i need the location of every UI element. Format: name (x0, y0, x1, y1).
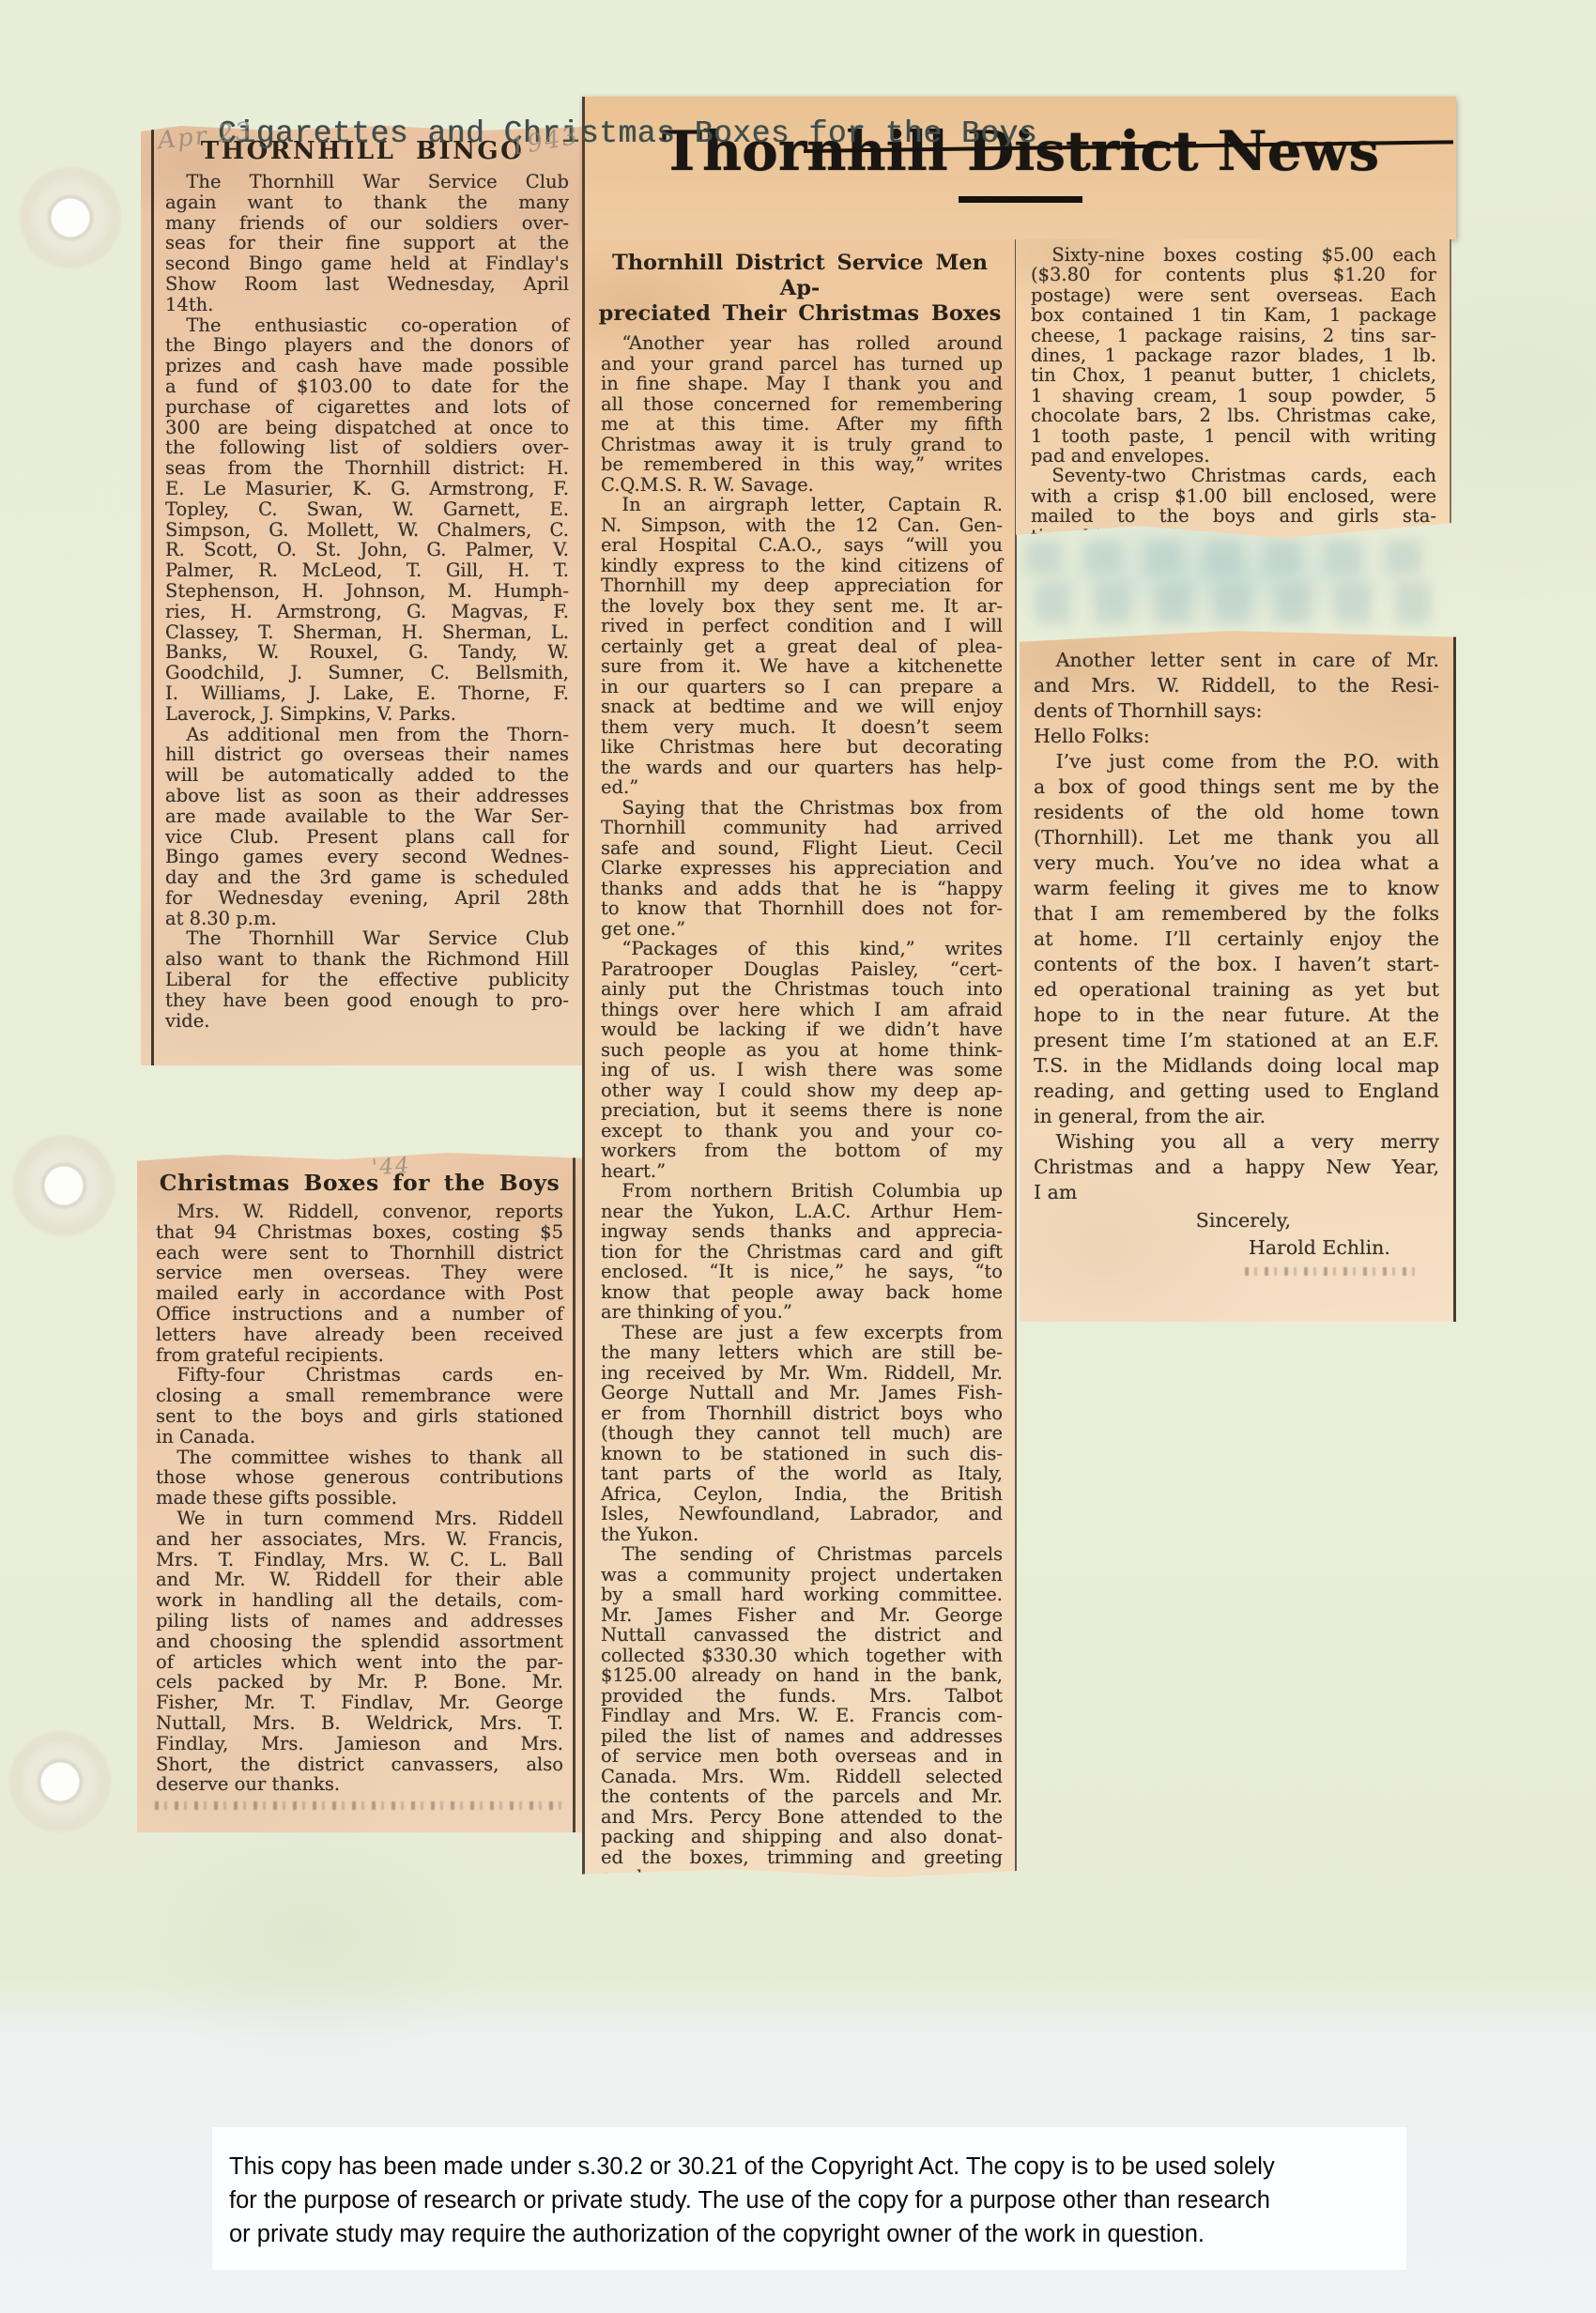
letter-signoff-sincerely: Sincerely, (1196, 1208, 1439, 1233)
letter-body: I’ve just come from the P.O. witha box o… (1034, 749, 1439, 1205)
letter-text: Another letter sent in care of Mr.and Mr… (1020, 631, 1453, 1276)
letter-salutation: Hello Folks: (1034, 724, 1439, 749)
copyright-notice: This copy has been made under s.30.2 or … (212, 2127, 1406, 2270)
clipping-christmas-boxes: Christmas Boxes for the Boys Mrs. W. Rid… (137, 1153, 582, 1832)
district-article-text: “Another year has rolled aroundand your … (585, 333, 1015, 1888)
clipping-district-article: Thornhill District Service Men Ap- preci… (582, 239, 1017, 1877)
bingo-article-text: The Thornhill War Service Clubagain want… (141, 172, 584, 1031)
district-article-headline: Thornhill District Service Men Ap- preci… (589, 251, 1011, 327)
clipping-echlin-letter: Another letter sent in care of Mr.and Mr… (1020, 631, 1456, 1322)
masthead-rule (959, 196, 1082, 203)
scrapbook-page: Cigarettes and Christmas Boxes for the B… (0, 0, 1596, 2313)
pencil-year-note: '44 (371, 1154, 411, 1181)
boxes-article-text: Mrs. W. Riddell, convenor, reportsthat 9… (137, 1202, 582, 1795)
bleedthrough-text-ghost (1025, 541, 1444, 574)
clipping-thornhill-bingo: THORNHILL BINGO The Thornhill War Servic… (141, 125, 584, 1065)
boxes-headline: Christmas Boxes for the Boys (137, 1170, 582, 1196)
binder-punch-hole (8, 1729, 113, 1834)
typed-caption: Cigarettes and Christmas Boxes for the B… (218, 116, 1037, 151)
headline-line-1: Thornhill District Service Men Ap- (589, 251, 1011, 301)
letter-signature: Harold Echlin. (1249, 1235, 1439, 1261)
clipping-sixtynine-boxes: Sixty-nine boxes costing $5.00 each($3.8… (1016, 239, 1451, 538)
headline-line-2: preciated Their Christmas Boxes (589, 301, 1011, 327)
binder-punch-hole (18, 165, 123, 270)
cut-off-text-edge (1245, 1267, 1415, 1276)
sixtynine-text: Sixty-nine boxes costing $5.00 each($3.8… (1016, 239, 1450, 546)
letter-intro: Another letter sent in care of Mr.and Mr… (1034, 648, 1439, 724)
cut-off-text-edge (155, 1801, 564, 1810)
bleedthrough-text-ghost (1035, 582, 1433, 623)
binder-punch-hole (11, 1133, 116, 1238)
